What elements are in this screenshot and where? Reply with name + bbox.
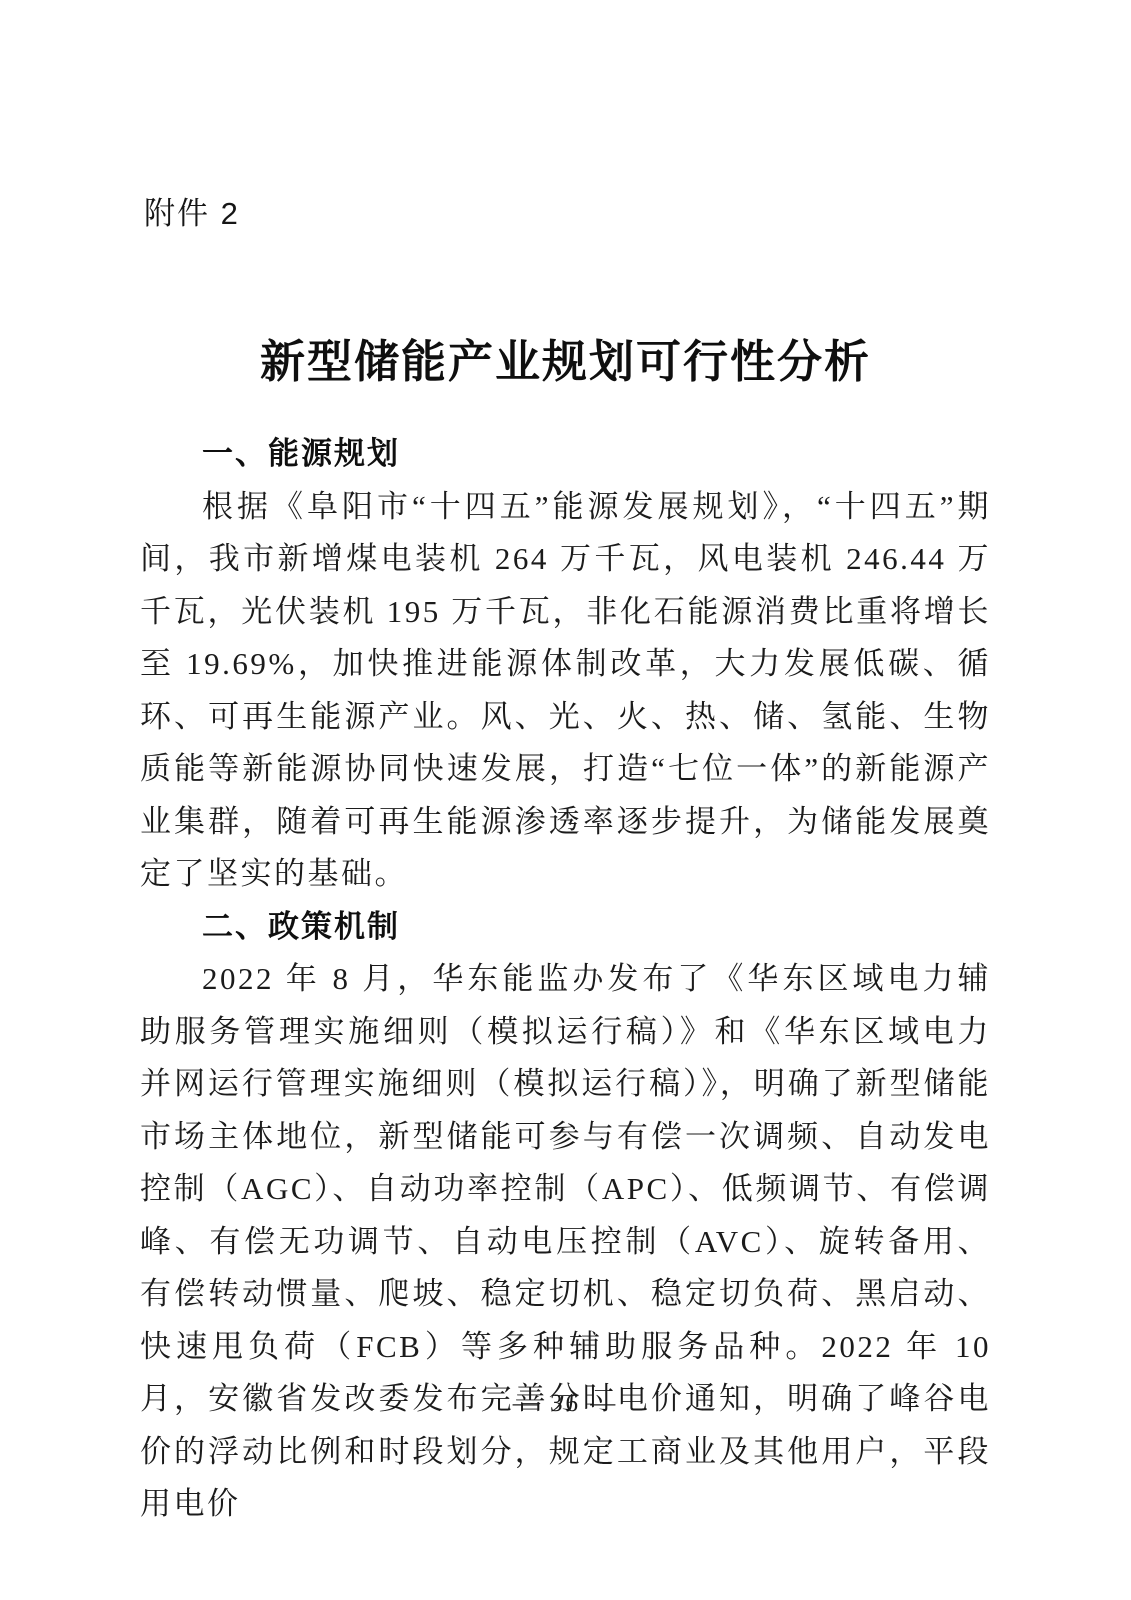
document-page: 附件 2 新型储能产业规划可行性分析 一、能源规划 根据《阜阳市“十四五”能源发… (0, 0, 1131, 1600)
section-heading-energy-planning: 一、能源规划 (140, 428, 991, 481)
paragraph-policy-mechanism: 2022 年 8 月，华东能监办发布了《华东区域电力辅助服务管理实施细则（模拟运… (140, 953, 991, 1531)
attachment-label: 附件 2 (144, 188, 240, 233)
page-number: — 36 — (0, 1390, 1131, 1418)
paragraph-energy-planning: 根据《阜阳市“十四五”能源发展规划》，“十四五”期间，我市新增煤电装机 264 … (140, 481, 991, 901)
document-body: 一、能源规划 根据《阜阳市“十四五”能源发展规划》，“十四五”期间，我市新增煤电… (140, 428, 991, 1531)
section-heading-policy-mechanism: 二、政策机制 (140, 901, 991, 954)
document-title: 新型储能产业规划可行性分析 (0, 325, 1131, 390)
